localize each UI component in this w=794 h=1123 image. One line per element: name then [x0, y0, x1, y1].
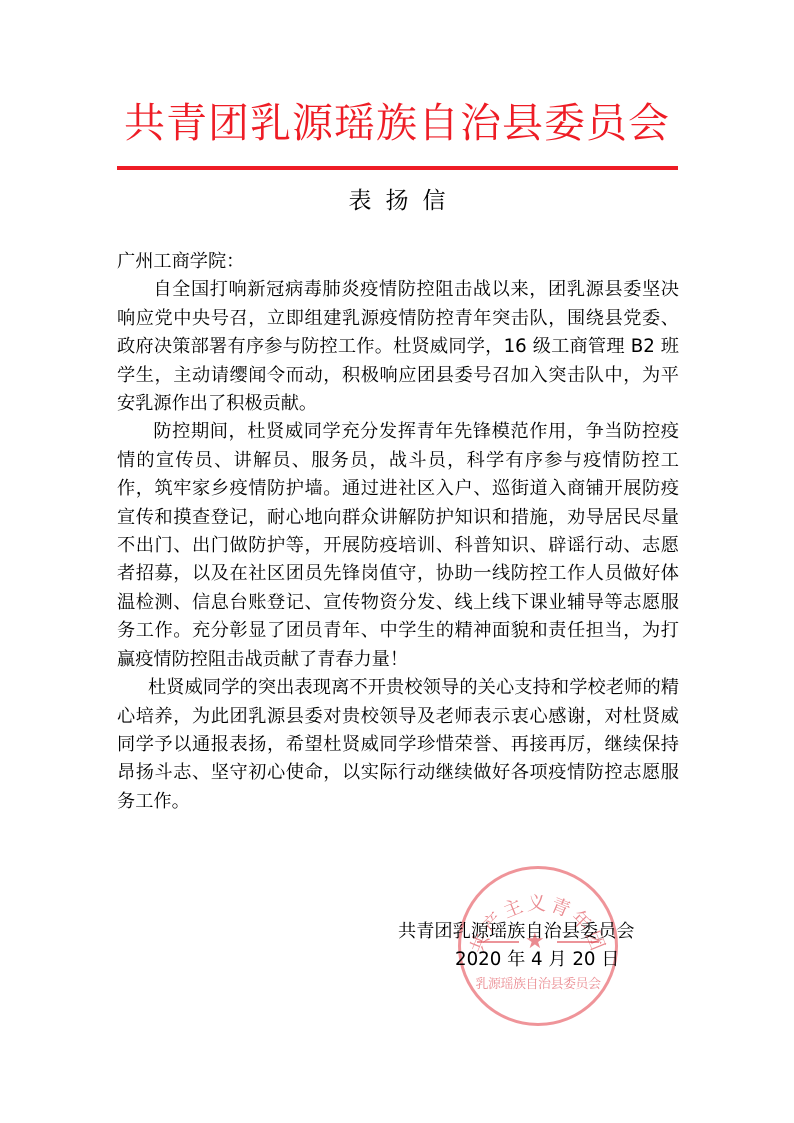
body-paragraph: 杜贤威同学的突出表现离不开贵校领导的关心支持和学校老师的精心培养，为此团乳源县委… [117, 674, 679, 816]
letterhead-divider [117, 166, 678, 170]
salutation: 广州工商学院： [117, 248, 679, 276]
signature-block: 共青团乳源瑶族自治县委员会 2020 年 4 月 20 日 [385, 918, 685, 974]
body-paragraph: 防控期间，杜贤威同学充分发挥青年先锋模范作用，争当防控疫情的宣传员、讲解员、服务… [117, 418, 679, 674]
document-title: 表扬信 [0, 183, 794, 219]
signature-date: 2020 年 4 月 20 日 [385, 946, 685, 974]
signature-organization: 共青团乳源瑶族自治县委员会 [385, 918, 685, 946]
letter-page: 共青团乳源瑶族自治县委员会 表扬信 广州工商学院： 自全国打响新冠病毒肺炎疫情防… [0, 0, 794, 1123]
body-paragraph: 自全国打响新冠病毒肺炎疫情防控阻击战以来，团乳源县委坚决响应党中央号召，立即组建… [117, 276, 679, 418]
letterhead-organization: 共青团乳源瑶族自治县委员会 [0, 95, 794, 151]
letter-body: 广州工商学院： 自全国打响新冠病毒肺炎疫情防控阻击战以来，团乳源县委坚决响应党中… [117, 248, 679, 816]
seal-bottom-text: 乳源瑶族自治县委员会 [471, 973, 605, 992]
